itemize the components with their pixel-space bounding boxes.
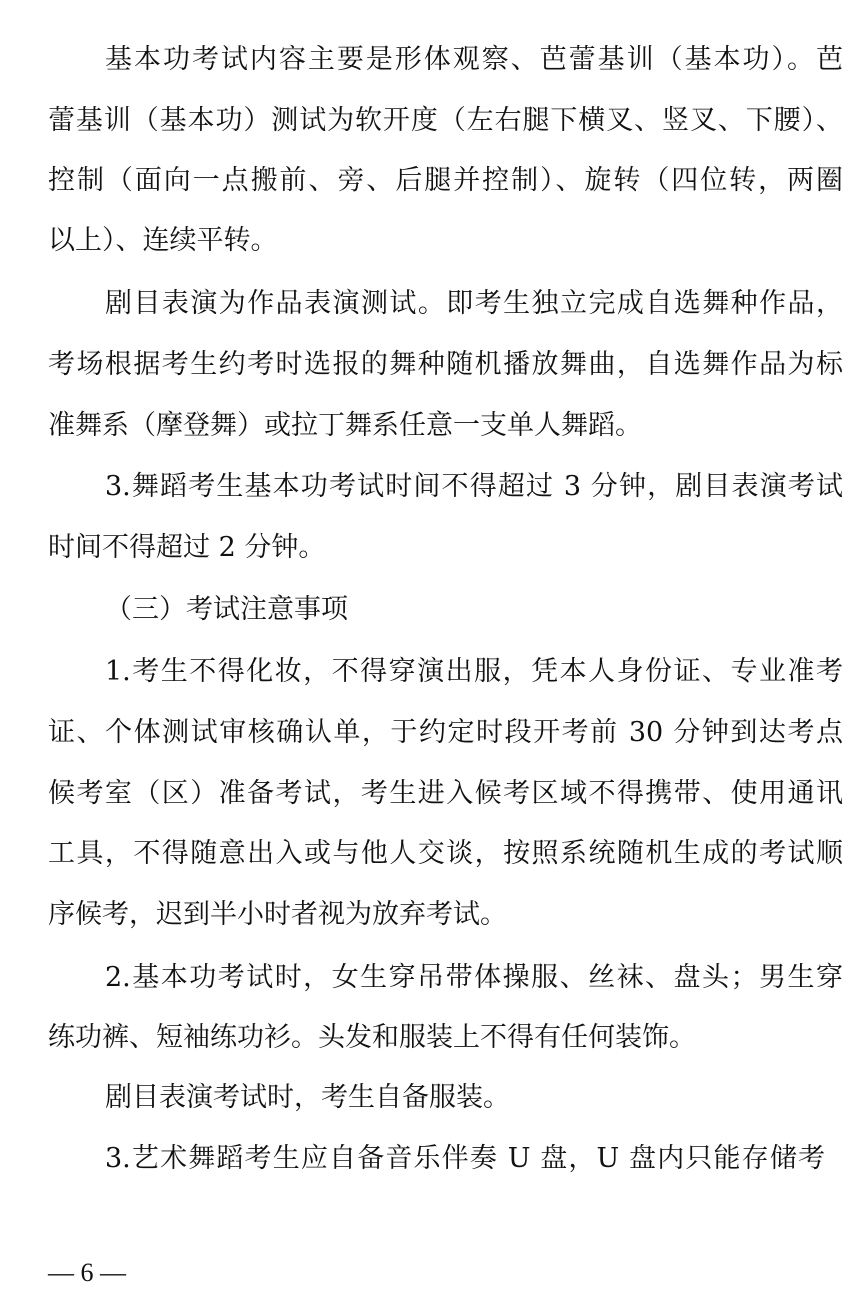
paragraph-basic-skills-line-4: 以上）、连续平转。 <box>48 221 843 261</box>
paragraph-time-limits-line-2: 时间不得超过 2 分钟。 <box>48 528 843 568</box>
notice-3-line-1: 3.艺术舞蹈考生应自备音乐伴奏 U 盘，U 盘内只能存储考 <box>105 1139 825 1179</box>
page-number: — 6 — <box>48 1256 126 1290</box>
paragraph-time-limits-line-1: 3.舞蹈考生基本功考试时间不得超过 3 分钟，剧目表演考试 <box>105 467 843 507</box>
notice-1-line-3: 候考室（区）准备考试，考生进入候考区域不得携带、使用通讯 <box>48 774 843 814</box>
paragraph-basic-skills-line-2: 蕾基训（基本功）测试为软开度（左右腿下横叉、竖叉、下腰）、 <box>48 101 843 141</box>
document-page: 基本功考试内容主要是形体观察、芭蕾基训（基本功）。芭 蕾基训（基本功）测试为软开… <box>0 0 861 1302</box>
notice-1-line-5: 序候考，迟到半小时者视为放弃考试。 <box>48 895 843 935</box>
notice-1-line-2: 证、个体测试审核确认单，于约定时段开考前 30 分钟到达考点 <box>48 713 843 753</box>
notice-1-line-1: 1.考生不得化妆，不得穿演出服，凭本人身份证、专业准考 <box>105 652 843 692</box>
paragraph-repertoire-line-2: 考场根据考生约考时选报的舞种随机播放舞曲，自选舞作品为标 <box>48 345 843 385</box>
notice-2-costume-line: 剧目表演考试时，考生自备服装。 <box>105 1078 843 1118</box>
section-heading-exam-notices: （三）考试注意事项 <box>105 590 605 630</box>
notice-1-line-4: 工具，不得随意出入或与他人交谈，按照系统随机生成的考试顺 <box>48 834 843 874</box>
notice-2-line-1: 2.基本功考试时，女生穿吊带体操服、丝袜、盘头；男生穿 <box>105 958 843 998</box>
notice-2-line-2: 练功裤、短袖练功衫。头发和服装上不得有任何装饰。 <box>48 1018 843 1058</box>
paragraph-basic-skills-line-1: 基本功考试内容主要是形体观察、芭蕾基训（基本功）。芭 <box>105 40 843 80</box>
paragraph-repertoire-line-3: 准舞系（摩登舞）或拉丁舞系任意一支单人舞蹈。 <box>48 406 843 446</box>
paragraph-repertoire-line-1: 剧目表演为作品表演测试。即考生独立完成自选舞种作品， <box>105 284 843 324</box>
paragraph-basic-skills-line-3: 控制（面向一点搬前、旁、后腿并控制）、旋转（四位转，两圈 <box>48 161 843 201</box>
